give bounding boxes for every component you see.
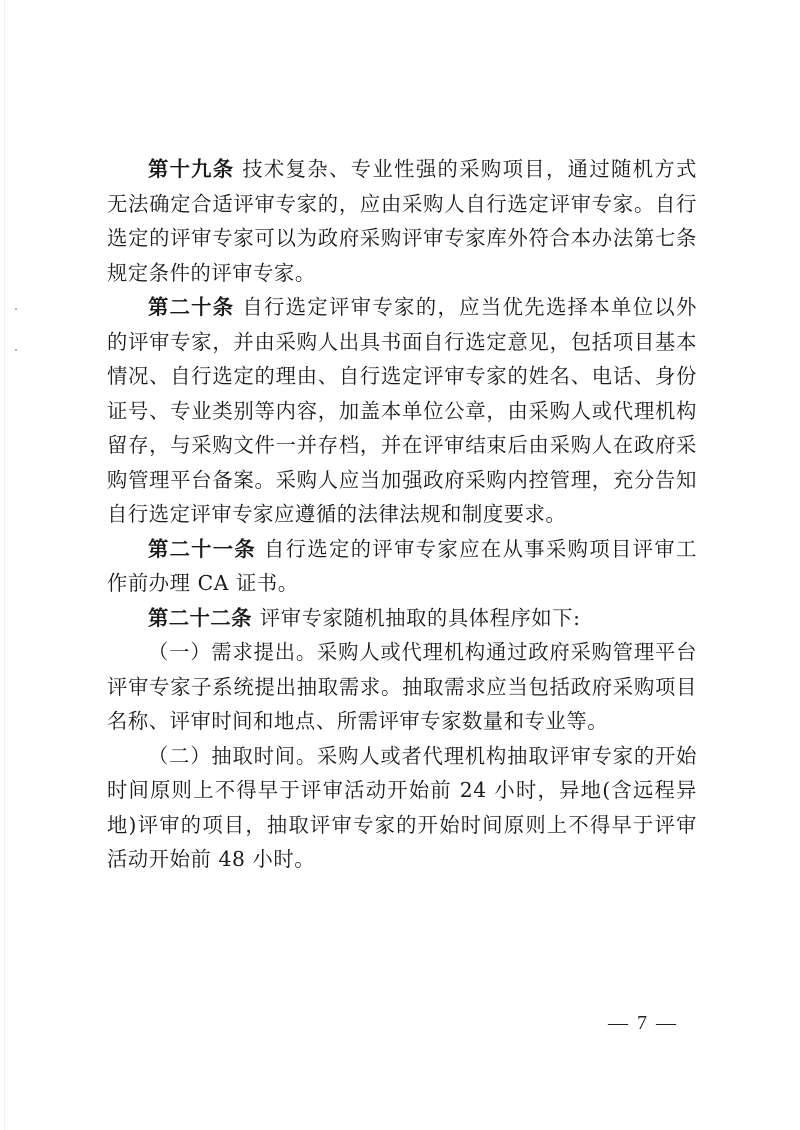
scan-edge-line	[4, 0, 5, 1130]
scan-margin-mark	[15, 308, 17, 310]
article-20-paragraph: 第二十条自行选定评审专家的，应当优先选择本单位以外的评审专家，并由采购人出具书面…	[107, 290, 697, 532]
clause-text: （二）抽取时间。采购人或者代理机构抽取评审专家的开始时间原则上不得早于评审活动开…	[107, 744, 697, 872]
article-text: 自行选定评审专家的，应当优先选择本单位以外的评审专家，并由采购人出具书面自行选定…	[107, 295, 697, 526]
article-number: 第二十一条	[148, 537, 256, 561]
clause-2-paragraph: （二）抽取时间。采购人或者代理机构抽取评审专家的开始时间原则上不得早于评审活动开…	[107, 739, 697, 877]
document-page-body: 第十九条技术复杂、专业性强的采购项目，通过随机方式无法确定合适评审专家的，应由采…	[107, 152, 697, 877]
page-number: — 7 —	[608, 1012, 678, 1035]
article-19-paragraph: 第十九条技术复杂、专业性强的采购项目，通过随机方式无法确定合适评审专家的，应由采…	[107, 152, 697, 290]
clause-text: （一）需求提出。采购人或代理机构通过政府采购管理平台评审专家子系统提出抽取需求。…	[107, 640, 697, 733]
article-number: 第二十条	[148, 295, 234, 319]
article-21-paragraph: 第二十一条自行选定的评审专家应在从事采购项目评审工作前办理 CA 证书。	[107, 532, 697, 601]
clause-1-paragraph: （一）需求提出。采购人或代理机构通过政府采购管理平台评审专家子系统提出抽取需求。…	[107, 635, 697, 739]
article-number: 第十九条	[148, 157, 234, 181]
scan-margin-mark	[15, 349, 17, 351]
article-text: 评审专家随机抽取的具体程序如下:	[260, 606, 581, 630]
article-22-paragraph: 第二十二条评审专家随机抽取的具体程序如下:	[107, 601, 697, 636]
article-number: 第二十二条	[148, 606, 252, 630]
